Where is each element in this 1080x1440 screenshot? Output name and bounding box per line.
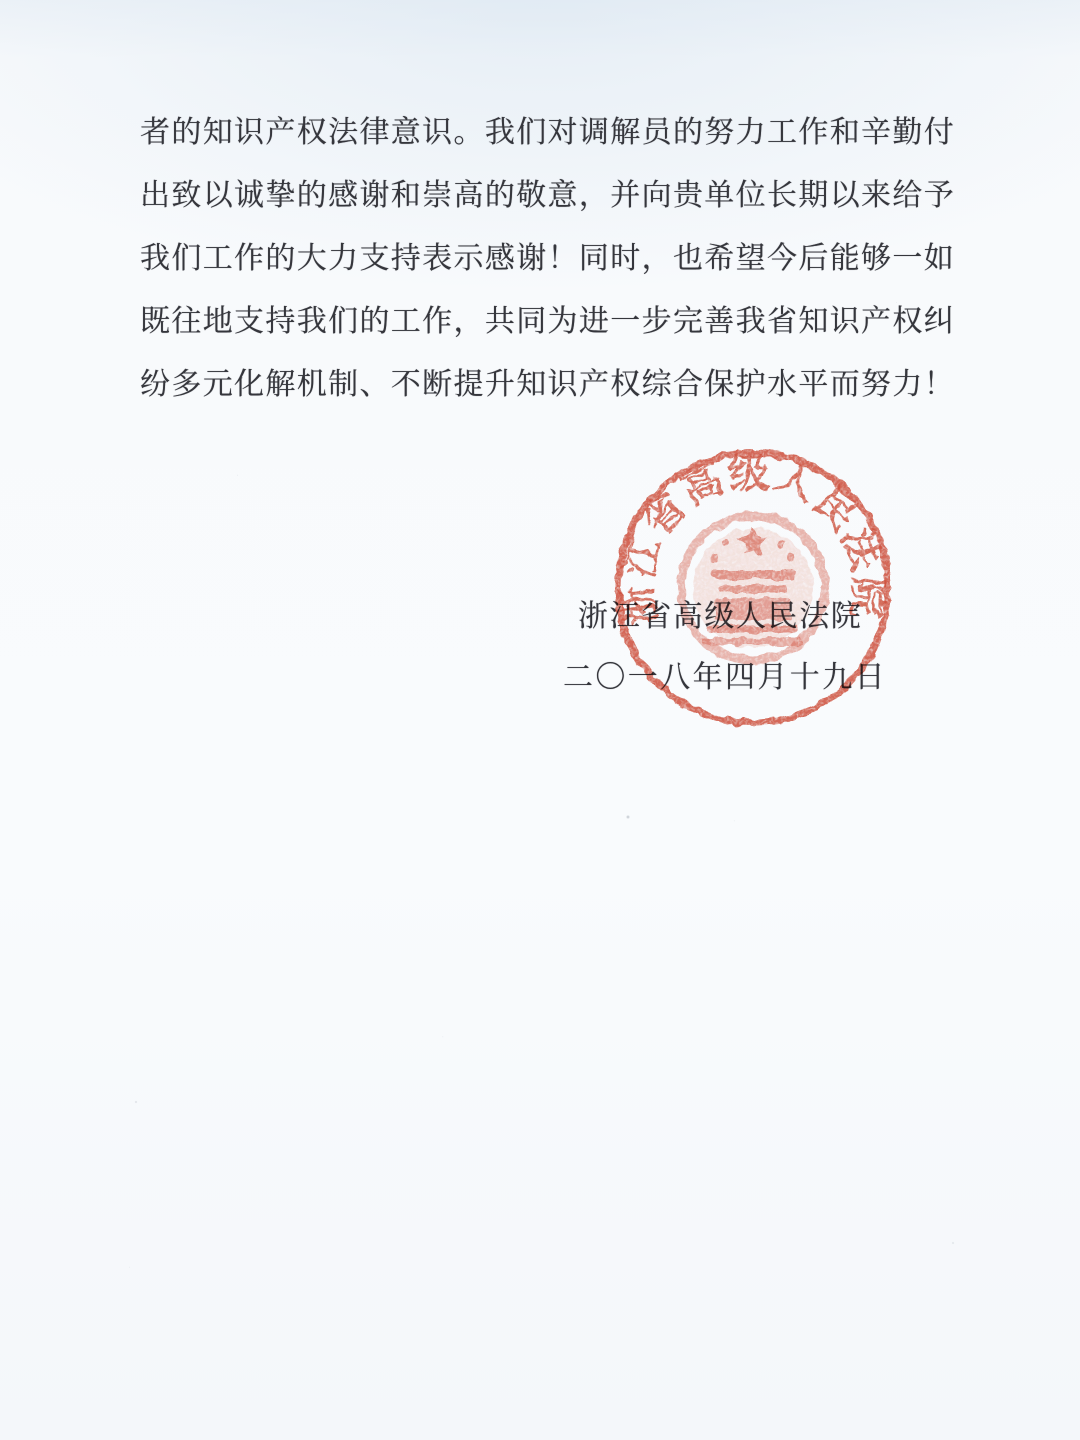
letter-line: 纷多元化解机制、不断提升知识产权综合保护水平而努力！ [140,353,970,416]
letter-line: 者的知识产权法律意识。我们对调解员的努力工作和辛勤付 [140,101,970,164]
official-seal-graphic: 浙江省高级人民法院 [607,442,899,734]
national-emblem-icon [681,516,825,660]
letter-line: 出致以诚挚的感谢和崇高的敬意，并向贵单位长期以来给予 [140,164,970,227]
letter-line: 既往地支持我们的工作，共同为进一步完善我省知识产权纠 [140,290,970,353]
letter-body: 者的知识产权法律意识。我们对调解员的努力工作和辛勤付 出致以诚挚的感谢和崇高的敬… [140,101,970,416]
letter-line: 我们工作的大力支持表示感谢！同时，也希望今后能够一如 [140,227,970,290]
letter-page: 者的知识产权法律意识。我们对调解员的努力工作和辛勤付 出致以诚挚的感谢和崇高的敬… [0,0,1080,1440]
official-seal: 浙江省高级人民法院 [607,442,899,734]
